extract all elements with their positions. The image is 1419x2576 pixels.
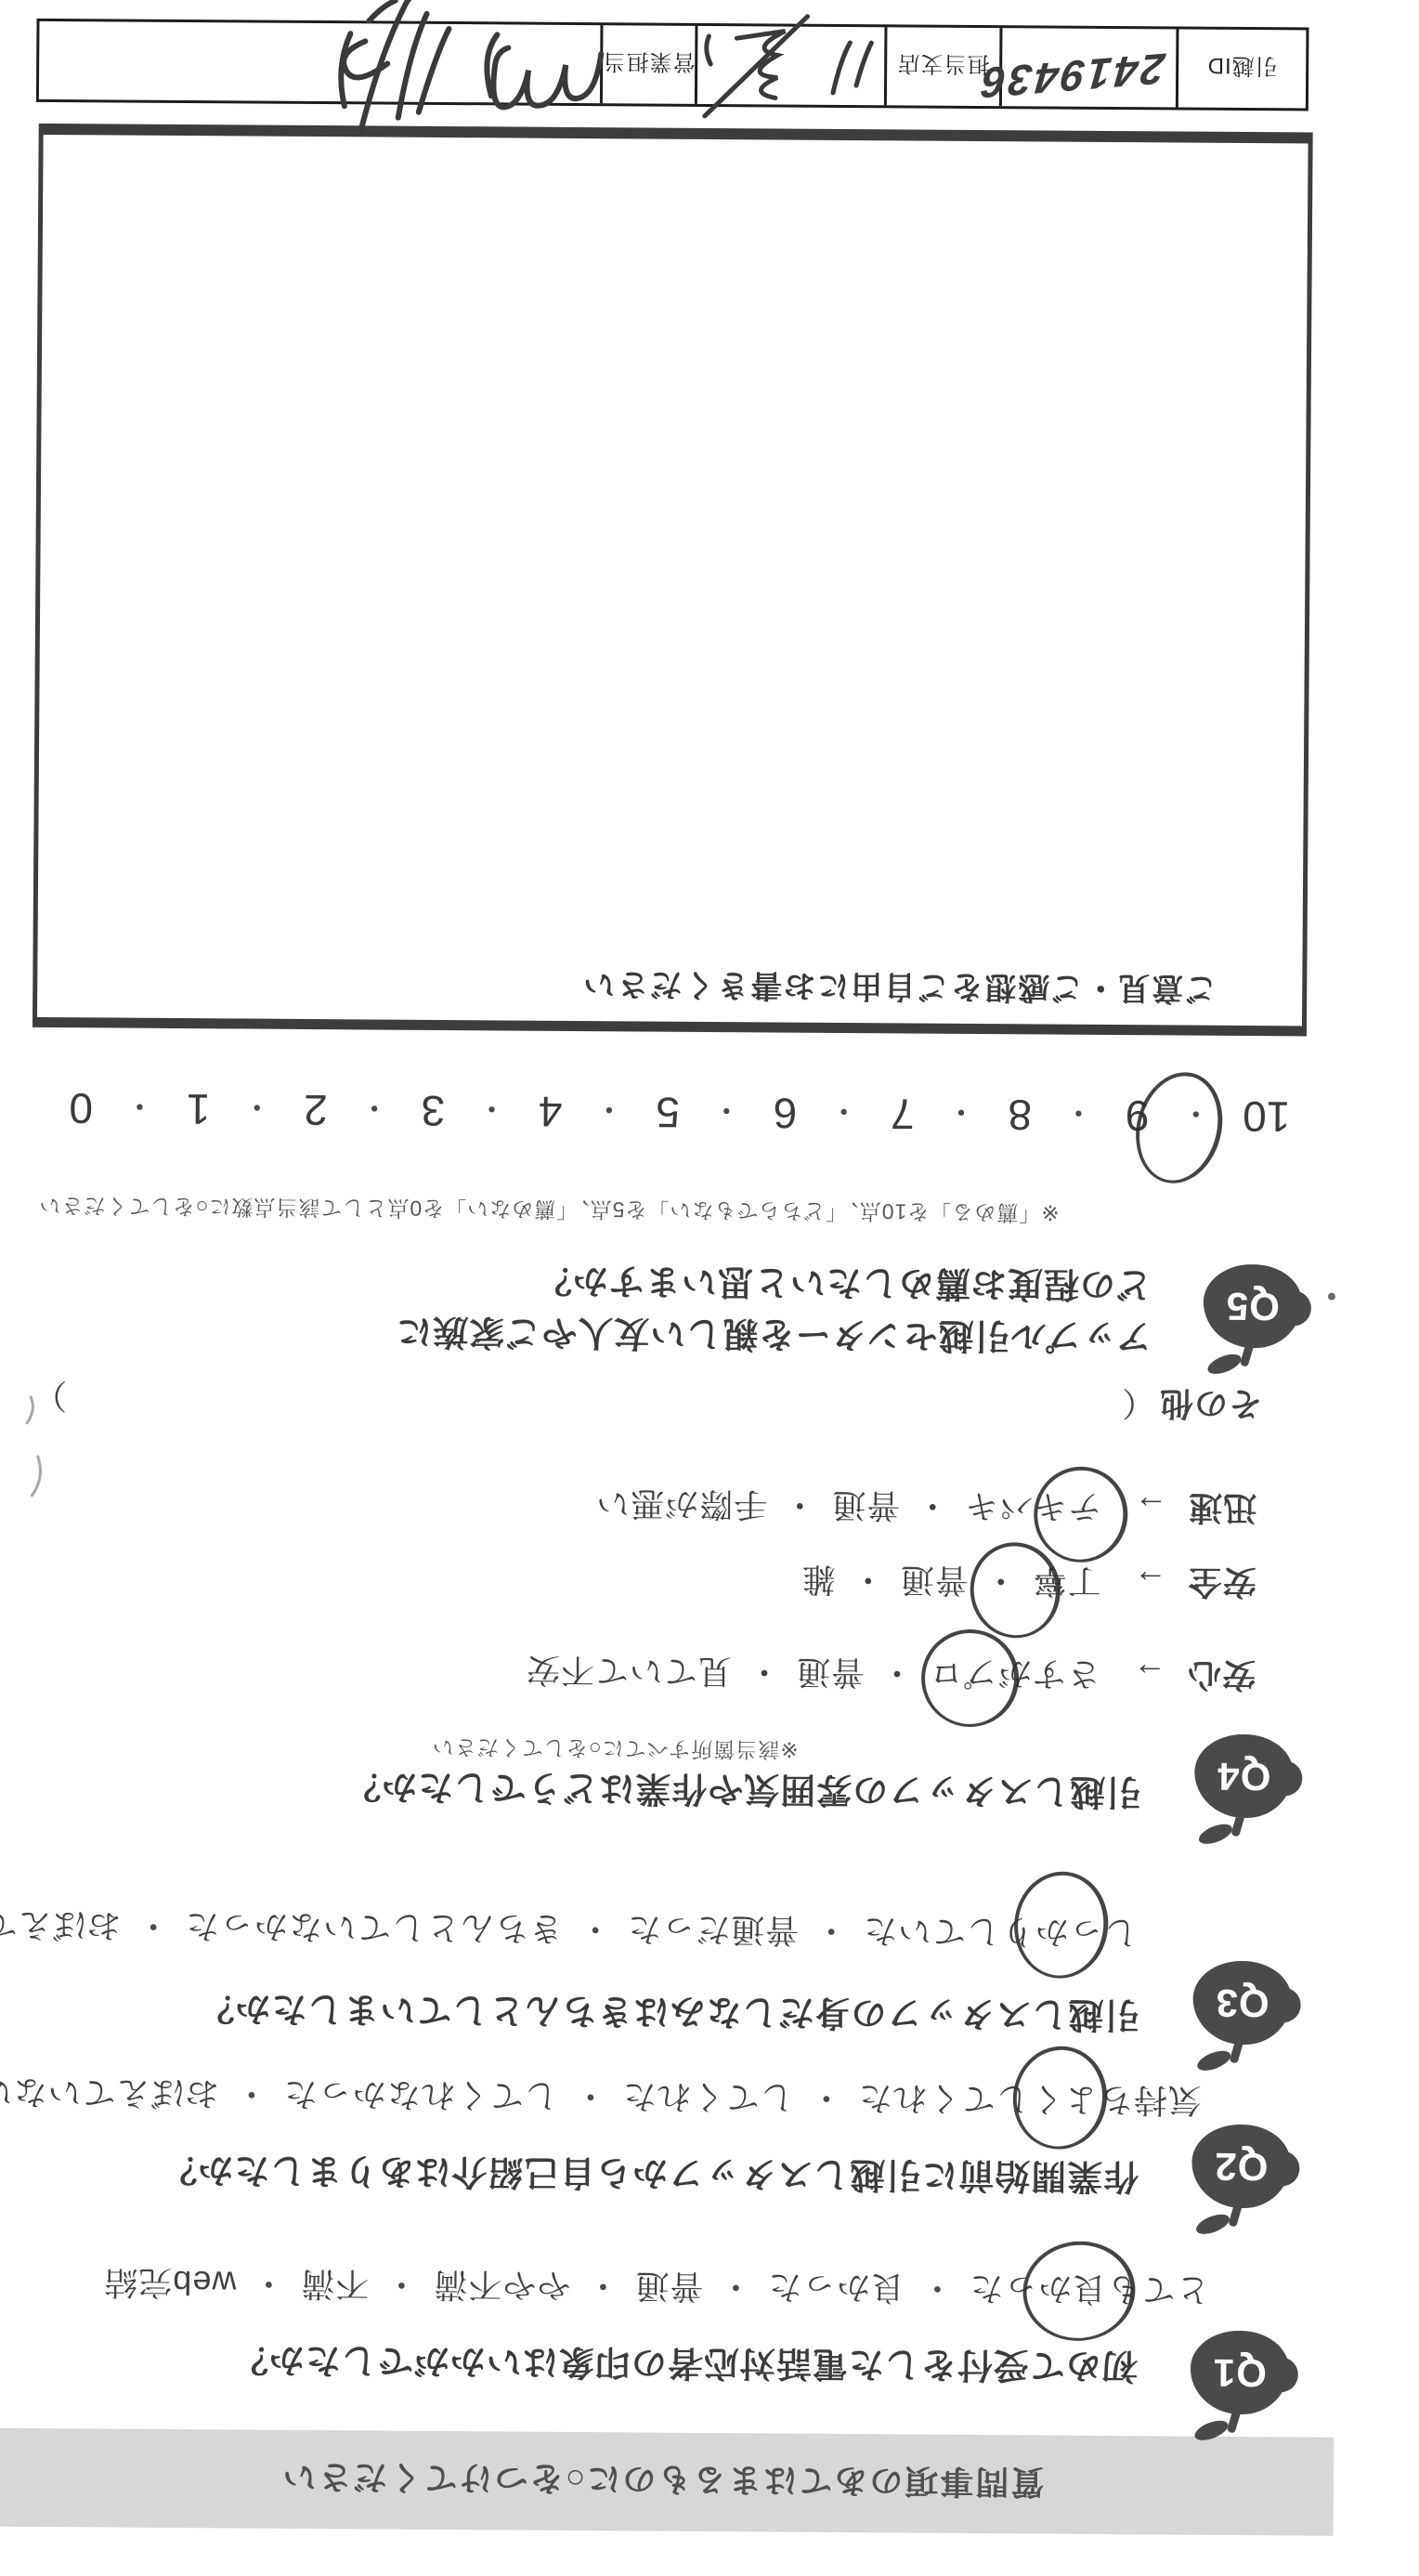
- option-label: してくれなかった: [283, 2075, 558, 2115]
- row-label: 迅速: [1188, 1489, 1256, 1528]
- handwritten-circle-q4-anshin: [913, 1621, 1026, 1734]
- row-label: 安心: [1187, 1656, 1256, 1695]
- q4-row-other: その他（: [1121, 1381, 1262, 1430]
- option-label: 0: [69, 1083, 93, 1133]
- option-label: 6: [773, 1088, 797, 1138]
- scan-speck: [1328, 1293, 1335, 1301]
- instruction-text: 質問事項のあてはまるものに○をつけてください: [280, 2455, 1044, 2508]
- q3-question-text: 引越しスタッフの身だしなみはきちんとしていましたか？: [198, 1986, 1139, 2044]
- option-label: おぼえていない: [0, 2073, 219, 2113]
- option-separator: ・: [827, 1091, 859, 1136]
- branch-label: 担当支店: [897, 50, 990, 84]
- q5-question-line1: アップル引越センターを親しい友人やご家族に: [396, 1310, 1152, 1366]
- q3-apple-badge: Q3: [1185, 1955, 1295, 2072]
- row-options: テキパキ・普通・手際が悪い: [595, 1482, 1101, 1533]
- paren-open: （: [1121, 1384, 1155, 1422]
- option-label: 雑: [801, 1561, 836, 1599]
- q5-number: Q5: [1204, 1264, 1303, 1349]
- apple-leaf-icon: [1194, 2046, 1233, 2074]
- q4-number: Q4: [1194, 1734, 1294, 1819]
- q5-score-scale: 10・9・8・7・6・5・4・3・2・1・0: [69, 1083, 1290, 1142]
- option-separator: ・: [251, 2265, 285, 2303]
- option-label: 7: [891, 1089, 915, 1139]
- instruction-bar: 質問事項のあてはまるものに○をつけてください: [0, 2428, 1334, 2536]
- option-label: 3: [421, 1086, 445, 1136]
- q4-other-close: ）: [33, 1374, 67, 1421]
- arrow-icon: →: [1133, 1488, 1167, 1526]
- q1-number: Q1: [1191, 2331, 1290, 2415]
- option-label: 5: [656, 1088, 680, 1138]
- handwritten-id-value: 2419436: [977, 43, 1167, 109]
- option-label: 普通: [831, 1486, 900, 1525]
- row-label: その他: [1159, 1384, 1262, 1423]
- id-label: 引越ID: [1207, 52, 1278, 85]
- footer-id-label-cell: 引越ID: [1176, 29, 1307, 108]
- q4-question-text: 引越しスタッフの雰囲気や作業はどうでしたか？: [345, 1764, 1141, 1821]
- footer-id-table: 引越ID 2419436 担当支店 営業担当: [36, 19, 1309, 111]
- handwritten-circle-q1-selection: [1019, 2236, 1140, 2346]
- apple-leaf-icon: [1205, 1350, 1244, 1378]
- option-label: やや不満: [433, 2266, 570, 2305]
- arrow-icon: →: [1132, 1655, 1166, 1693]
- option-separator: ・: [578, 1910, 612, 1948]
- handwritten-circle-q3-selection: [1009, 1866, 1113, 1983]
- option-separator: ・: [851, 1561, 885, 1599]
- option-label: してくれた: [622, 2077, 794, 2116]
- option-separator: ・: [124, 1086, 155, 1131]
- q4-note: ※該当箇所すべてに○をしてください: [432, 1733, 799, 1767]
- option-label: 普通: [900, 1561, 969, 1600]
- survey-sheet-upside-down: 質問事項のあてはまるものに○をつけてください Q1 初めて受付をした電話対応者の…: [0, 0, 1419, 2576]
- option-label: 普通: [634, 2267, 703, 2306]
- option-separator: ・: [814, 1912, 848, 1950]
- q1-question-text: 初めて受付をした電話対応者の印象はいかがでしたか？: [232, 2337, 1138, 2395]
- option-separator: ・: [241, 1087, 273, 1132]
- q4-apple-badge: Q4: [1187, 1729, 1297, 1845]
- paren-close: ）: [33, 1377, 67, 1415]
- footer-sales-label-cell: 営業担当: [600, 25, 696, 104]
- q5-note: ※「薦める」を10点、「どちらでもない」を5点、「薦めない」を0点として該当点数…: [38, 1192, 1059, 1230]
- option-separator: ・: [136, 1907, 170, 1945]
- option-label: おぼえていない: [0, 1905, 121, 1945]
- option-separator: ・: [915, 1487, 949, 1525]
- handwritten-circle-q2-selection: [1006, 2040, 1113, 2156]
- q2-number: Q2: [1191, 2125, 1291, 2209]
- option-separator: ・: [585, 2267, 619, 2305]
- q4-row-jinsoku: 迅速→テキパキ・普通・手際が悪い: [595, 1482, 1256, 1534]
- option-separator: ・: [710, 1091, 742, 1136]
- option-separator: ・: [475, 1089, 507, 1134]
- option-label: 2: [304, 1085, 328, 1135]
- comment-box-label: ご意見・ご感想をご自由にお書きください: [581, 964, 1217, 1014]
- q5-question-line2: どの程度お薦めしたいと思いますか？: [536, 1259, 1152, 1314]
- option-label: web完結: [103, 2263, 236, 2302]
- option-separator: ・: [358, 1088, 390, 1133]
- apple-leaf-icon: [1193, 2210, 1232, 2238]
- option-separator: ・: [234, 2074, 268, 2112]
- option-separator: ・: [718, 2268, 752, 2306]
- footer-branch-label-cell: 担当支店: [884, 27, 1000, 106]
- option-separator: ・: [593, 1090, 625, 1135]
- option-separator: ・: [747, 1653, 781, 1691]
- option-label: 普通: [796, 1654, 865, 1693]
- comment-box: ご意見・ご感想をご自由にお書きください: [33, 124, 1313, 1037]
- option-label: 4: [539, 1087, 563, 1137]
- handwritten-circle-q4-anzen: [964, 1536, 1066, 1643]
- option-separator: ・: [384, 2266, 418, 2304]
- footer-sales-signature-cell: [39, 21, 601, 103]
- q1-apple-badge: Q1: [1182, 2325, 1293, 2441]
- option-separator: ・: [919, 2269, 954, 2308]
- option-label: 手際が悪い: [595, 1484, 767, 1523]
- sales-label: 営業担当: [603, 48, 696, 82]
- q2-apple-badge: Q2: [1184, 2119, 1295, 2235]
- option-label: 10: [1243, 1092, 1291, 1142]
- row-label: 安全: [1188, 1563, 1256, 1602]
- option-label: きちんとしていなかった: [185, 1907, 563, 1948]
- apple-leaf-icon: [1196, 1820, 1235, 1848]
- option-label: 1: [187, 1084, 211, 1134]
- option-label: 不満: [300, 2265, 369, 2304]
- option-label: 8: [1008, 1090, 1032, 1140]
- q3-number: Q3: [1192, 1961, 1292, 2046]
- option-separator: ・: [573, 2077, 607, 2115]
- q5-apple-badge: Q5: [1195, 1259, 1306, 1375]
- option-label: 良かった: [767, 2268, 905, 2307]
- option-separator: ・: [879, 1654, 914, 1692]
- arrow-icon: →: [1133, 1563, 1167, 1601]
- option-separator: ・: [945, 1092, 977, 1137]
- q4-row-anshin: 安心→さすがプロ・普通・見ていて不安: [526, 1649, 1256, 1701]
- footer-branch-signature-cell: [695, 26, 885, 105]
- scanned-survey-page: 質問事項のあてはまるものに○をつけてください Q1 初めて受付をした電話対応者の…: [0, 0, 1419, 2576]
- option-label: 見ていて不安: [526, 1652, 732, 1692]
- q2-question-text: 作業開始前に引越しスタッフから自己紹介はありましたか？: [161, 2148, 1139, 2205]
- option-separator: ・: [782, 1486, 816, 1524]
- footer-id-value-cell: 2419436: [999, 28, 1177, 107]
- handwritten-circle-q5-score-9: [1125, 1063, 1234, 1193]
- q3-options: しっかりしていた・普通だった・きちんとしていなかった・おぼえていない: [0, 1903, 1138, 1958]
- option-separator: ・: [1062, 1092, 1094, 1138]
- option-label: 普通だった: [627, 1910, 799, 1949]
- option-separator: ・: [809, 2079, 843, 2117]
